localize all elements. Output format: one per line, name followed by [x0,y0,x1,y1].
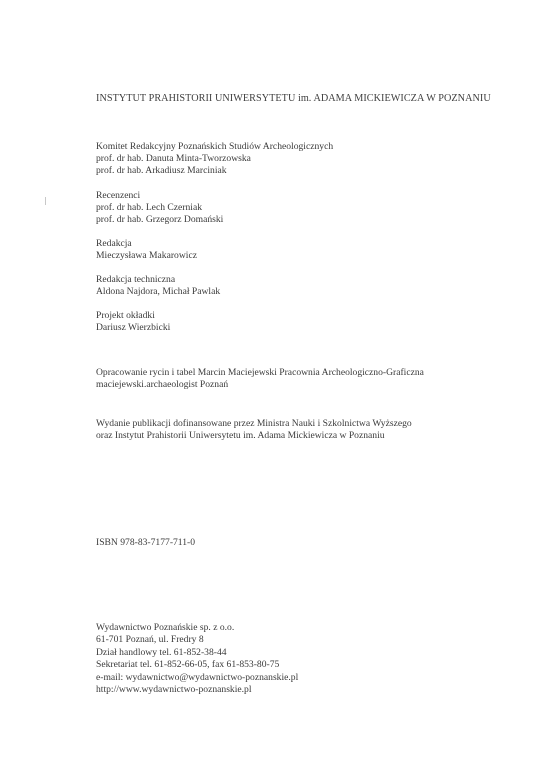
committee-member: prof. dr hab. Danuta Minta-Tworzowska [96,153,333,165]
publisher-email: e-mail: wydawnictwo@wydawnictwo-poznansk… [96,672,298,684]
illustrations-credit-line: Opracowanie rycin i tabel Marcin Macieje… [96,367,424,379]
publisher-secretariat-phone: Sekretariat tel. 61-852-66-05, fax 61-85… [96,659,298,671]
cover-design-title: Projekt okładki [96,310,170,322]
publisher-website: http://www.wydawnictwo-poznanskie.pl [96,684,298,696]
institute-header: INSTYTUT PRAHISTORII UNIWERSYTETU im. AD… [96,93,491,104]
reviewers-title: Recenzenci [96,190,223,202]
cover-designer: Dariusz Wierzbicki [96,322,170,334]
funding-block: Wydanie publikacji dofinansowane przez M… [96,418,412,442]
publisher-sales-phone: Dział handlowy tel. 61-852-38-44 [96,647,298,659]
cover-design-block: Projekt okładki Dariusz Wierzbicki [96,310,170,334]
technical-editing-block: Redakcja techniczna Aldona Najdora, Mich… [96,274,220,298]
reviewers-block: Recenzenci prof. dr hab. Lech Czerniak p… [96,190,223,226]
funding-line: oraz Instytut Prahistorii Uniwersytetu i… [96,430,412,442]
illustrations-credit-line: maciejewski.archaeologist Poznań [96,379,424,391]
editing-block: Redakcja Mieczysława Makarowicz [96,238,197,262]
editing-title: Redakcja [96,238,197,250]
publisher-imprint-block: Wydawnictwo Poznańskie sp. z o.o. 61-701… [96,622,298,696]
committee-member: prof. dr hab. Arkadiusz Marciniak [96,165,333,177]
publisher-name: Wydawnictwo Poznańskie sp. z o.o. [96,622,298,634]
technical-editing-title: Redakcja techniczna [96,274,220,286]
illustrations-credit-block: Opracowanie rycin i tabel Marcin Macieje… [96,367,424,391]
editorial-committee-title: Komitet Redakcyjny Poznańskich Studiów A… [96,141,333,153]
funding-line: Wydanie publikacji dofinansowane przez M… [96,418,412,430]
technical-editors: Aldona Najdora, Michał Pawlak [96,286,220,298]
publisher-address: 61-701 Poznań, ul. Fredry 8 [96,634,298,646]
scan-artifact-mark [45,197,46,205]
reviewer: prof. dr hab. Grzegorz Domański [96,214,223,226]
isbn: ISBN 978-83-7177-711-0 [96,537,195,549]
editor: Mieczysława Makarowicz [96,250,197,262]
editorial-committee-block: Komitet Redakcyjny Poznańskich Studiów A… [96,141,333,177]
reviewer: prof. dr hab. Lech Czerniak [96,202,223,214]
